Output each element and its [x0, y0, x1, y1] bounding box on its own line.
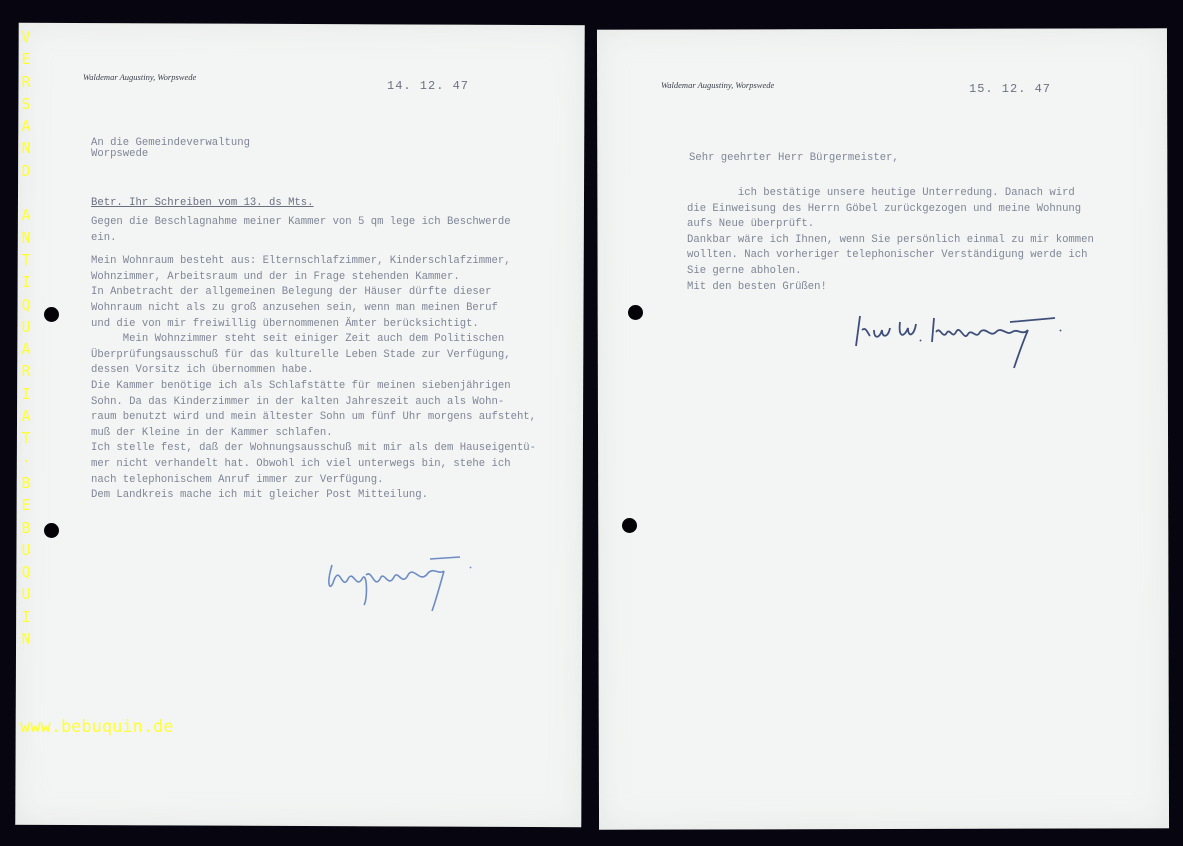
watermark-letter: U — [18, 583, 34, 605]
watermark-vertical-text: VERSAND ANTIQUARIAT·BEBUQUIN — [18, 26, 34, 650]
watermark-letter: R — [18, 71, 34, 93]
watermark-letter: U — [18, 539, 34, 561]
watermark-letter: R — [18, 360, 34, 382]
body-line: Dem Landkreis mache ich mit gleicher Pos… — [91, 488, 536, 504]
signature-right — [850, 312, 1080, 372]
body-line: nach telephonischem Anruf immer zur Verf… — [91, 473, 536, 489]
watermark-letter: A — [18, 338, 34, 360]
body-line: und die von mir freiwillig übernommenen … — [91, 317, 536, 333]
body-line: die Einweisung des Herrn Göbel zurückgez… — [687, 202, 1094, 218]
watermark-letter: B — [18, 472, 34, 494]
body-line: ich bestätige unsere heutige Unterredung… — [687, 186, 1094, 202]
body-line: dessen Vorsitz ich übernommen habe. — [91, 363, 536, 379]
body-line: Überprüfungsausschuß für das kulturelle … — [91, 348, 536, 364]
body-line: raum benutzt wird und mein ältester Sohn… — [91, 410, 536, 426]
salutation: Sehr geehrter Herr Bürgermeister, — [689, 151, 899, 167]
watermark-letter: D — [18, 160, 34, 182]
body-line: Gegen die Beschlagnahme meiner Kammer vo… — [91, 215, 536, 231]
signature-left — [320, 545, 480, 615]
body-line: In Anbetracht der allgemeinen Belegung d… — [91, 285, 536, 301]
watermark-letter: I — [18, 271, 34, 293]
letter-body-right: ich bestätige unsere heutige Unterredung… — [687, 186, 1094, 295]
recipient-block: An die GemeindeverwaltungWorpswede — [91, 138, 250, 160]
punch-hole — [628, 305, 643, 320]
punch-hole — [44, 307, 59, 322]
watermark-letter: E — [18, 494, 34, 516]
body-line: ein. — [91, 231, 536, 247]
punch-hole — [44, 523, 59, 538]
body-line: Die Kammer benötige ich als Schlafstätte… — [91, 379, 536, 395]
watermark-letter: S — [18, 93, 34, 115]
watermark-letter — [18, 182, 34, 204]
watermark-letter: V — [18, 26, 34, 48]
watermark-letter: N — [18, 137, 34, 159]
body-line: muß der Kleine in der Kammer schlafen. — [91, 426, 536, 442]
letterhead-left: Waldemar Augustiny, Worpswede — [83, 72, 196, 82]
body-line: wollten. Nach vorheriger telephonischer … — [687, 248, 1094, 264]
letter-body-left: Gegen die Beschlagnahme meiner Kammer vo… — [91, 215, 536, 504]
watermark-letter: I — [18, 606, 34, 628]
watermark-letter: E — [18, 48, 34, 70]
body-line: mer nicht verhandelt hat. Obwohl ich vie… — [91, 457, 536, 473]
body-line: Sohn. Da das Kinderzimmer in der kalten … — [91, 395, 536, 411]
body-line: Mit den besten Grüßen! — [687, 280, 1094, 296]
watermark-letter: · — [18, 450, 34, 472]
date-left: 14. 12. 47 — [387, 79, 469, 93]
body-line: Mein Wohnzimmer steht seit einiger Zeit … — [91, 332, 536, 348]
body-line: Wohnzimmer, Arbeitsraum und der in Frage… — [91, 270, 536, 286]
body-line: Dankbar wäre ich Ihnen, wenn Sie persönl… — [687, 233, 1094, 249]
body-line: aufs Neue überprüft. — [687, 217, 1094, 233]
body-line: Wohnraum nicht als zu groß anzusehen sei… — [91, 301, 536, 317]
body-line — [91, 246, 536, 254]
watermark-letter: A — [18, 204, 34, 226]
watermark-url[interactable]: www.bebuquin.de — [20, 717, 174, 737]
letterhead-right: Waldemar Augustiny, Worpswede — [661, 80, 774, 90]
body-line: Mein Wohnraum besteht aus: Elternschlafz… — [91, 254, 536, 270]
watermark-letter: B — [18, 517, 34, 539]
watermark-letter: Q — [18, 294, 34, 316]
watermark-letter: U — [18, 316, 34, 338]
watermark-letter: T — [18, 249, 34, 271]
recipient-line: Worpswede — [91, 149, 250, 160]
watermark-letter: T — [18, 427, 34, 449]
subject-line: Betr. Ihr Schreiben vom 13. ds Mts. — [91, 196, 314, 212]
watermark-letter: A — [18, 405, 34, 427]
watermark-letter: A — [18, 115, 34, 137]
letter-page-right — [597, 28, 1169, 829]
date-right: 15. 12. 47 — [969, 82, 1051, 96]
body-line: Ich stelle fest, daß der Wohnungsausschu… — [91, 441, 536, 457]
watermark-letter: Q — [18, 561, 34, 583]
watermark-letter: N — [18, 227, 34, 249]
punch-hole — [622, 518, 637, 533]
watermark-letter: N — [18, 628, 34, 650]
body-line: Sie gerne abholen. — [687, 264, 1094, 280]
watermark-letter: I — [18, 383, 34, 405]
